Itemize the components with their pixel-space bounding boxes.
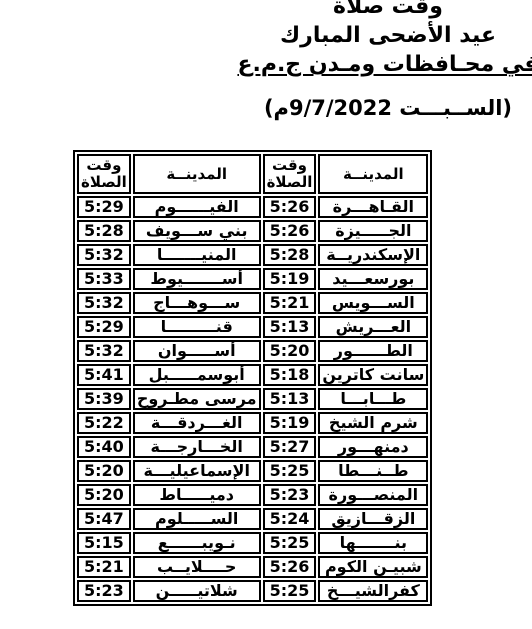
city-cell: كفرالشيـــخ (318, 580, 428, 602)
time-cell: 5:19 (263, 412, 317, 434)
city-cell: أســـــوان (133, 340, 261, 362)
city-cell: المنصـــورة (318, 484, 428, 506)
time-cell: 5:39 (77, 388, 131, 410)
document-title: وقت صلاة عيد الأضحى المبارك في محـافظات … (236, 0, 532, 79)
time-cell: 5:24 (263, 508, 317, 530)
time-cell: 5:20 (263, 340, 317, 362)
time-cell: 5:13 (263, 316, 317, 338)
time-cell: 5:23 (263, 484, 317, 506)
city-cell: نـويبــــــع (133, 532, 261, 554)
header-time-cell: وقت الصلاة (263, 154, 317, 194)
header-city-cell: المدينــة (133, 154, 261, 194)
table-row: الســـويس 5:21 ســـوهـــاج 5:32 (77, 292, 428, 314)
city-cell: الإسكندريــة (318, 244, 428, 266)
table-row: بنـــــــها 5:25 نـويبــــــع 5:15 (77, 532, 428, 554)
city-cell: مرسى مطـروح (133, 388, 261, 410)
city-cell: شبيـن الكوم (318, 556, 428, 578)
time-cell: 5:13 (263, 388, 317, 410)
city-cell: الطــــــور (318, 340, 428, 362)
city-cell: الزقـــازيق (318, 508, 428, 530)
header-city-cell: المدينــة (318, 154, 428, 194)
table-row: شرم الشيخ 5:19 الغـــردقـــة 5:22 (77, 412, 428, 434)
city-cell: طــنـــطا (318, 460, 428, 482)
time-cell: 5:32 (77, 340, 131, 362)
title-line-2: عيد الأضحى المبارك (236, 21, 532, 50)
city-cell: شلاتيـــــن (133, 580, 261, 602)
time-cell: 5:41 (77, 364, 131, 386)
city-cell: بورسعـــيد (318, 268, 428, 290)
city-cell: دميـــــاط (133, 484, 261, 506)
time-cell: 5:23 (77, 580, 131, 602)
time-cell: 5:47 (77, 508, 131, 530)
time-cell: 5:26 (263, 556, 317, 578)
time-cell: 5:32 (77, 292, 131, 314)
time-cell: 5:21 (263, 292, 317, 314)
time-cell: 5:22 (77, 412, 131, 434)
city-cell: الإسماعيليـــة (133, 460, 261, 482)
table-row: الجـــــيزة 5:26 بني ســـويف 5:28 (77, 220, 428, 242)
time-cell: 5:33 (77, 268, 131, 290)
time-cell: 5:25 (263, 580, 317, 602)
table-row: المنصـــورة 5:23 دميـــــاط 5:20 (77, 484, 428, 506)
prayer-times-table: المدينــة وقت الصلاة المدينــة وقت الصلا… (73, 150, 432, 606)
table-row: شبيـن الكوم 5:26 حــــلايــب 5:21 (77, 556, 428, 578)
city-cell: أســـــــيوط (133, 268, 261, 290)
city-cell: الجـــــيزة (318, 220, 428, 242)
time-cell: 5:25 (263, 532, 317, 554)
city-cell: القـاهـــرة (318, 196, 428, 218)
title-line-1: وقت صلاة (236, 0, 532, 21)
time-cell: 5:28 (263, 244, 317, 266)
table-row: دمنهـــور 5:27 الخـــارجـــة 5:40 (77, 436, 428, 458)
time-cell: 5:19 (263, 268, 317, 290)
city-cell: بني ســـويف (133, 220, 261, 242)
table-row: الطــــــور 5:20 أســـــوان 5:32 (77, 340, 428, 362)
table-row: الإسكندريــة 5:28 المنيـــــــا 5:32 (77, 244, 428, 266)
city-cell: الفيــــــوم (133, 196, 261, 218)
city-cell: الغـــردقـــة (133, 412, 261, 434)
title-line-3: في محـافظات ومـدن ج.م.ع (236, 50, 532, 79)
document-page: وقت صلاة عيد الأضحى المبارك في محـافظات … (0, 0, 532, 629)
time-cell: 5:28 (77, 220, 131, 242)
time-cell: 5:40 (77, 436, 131, 458)
city-cell: الســـويس (318, 292, 428, 314)
city-cell: أبوسمـــــبل (133, 364, 261, 386)
city-cell: المنيـــــــا (133, 244, 261, 266)
table-row: طــنـــطا 5:25 الإسماعيليـــة 5:20 (77, 460, 428, 482)
table-row: طـــابـــا 5:13 مرسى مطـروح 5:39 (77, 388, 428, 410)
table-row: القـاهـــرة 5:26 الفيــــــوم 5:29 (77, 196, 428, 218)
header-time-cell: وقت الصلاة (77, 154, 131, 194)
time-cell: 5:27 (263, 436, 317, 458)
time-cell: 5:29 (77, 316, 131, 338)
city-cell: بنـــــــها (318, 532, 428, 554)
time-cell: 5:20 (77, 460, 131, 482)
city-cell: الســـــلوم (133, 508, 261, 530)
city-cell: قنـــــــــا (133, 316, 261, 338)
table-row: سانت كاترين 5:18 أبوسمـــــبل 5:41 (77, 364, 428, 386)
time-cell: 5:29 (77, 196, 131, 218)
city-cell: طـــابـــا (318, 388, 428, 410)
time-cell: 5:32 (77, 244, 131, 266)
city-cell: حــــلايــب (133, 556, 261, 578)
time-cell: 5:15 (77, 532, 131, 554)
city-cell: العـــريش (318, 316, 428, 338)
city-cell: دمنهـــور (318, 436, 428, 458)
time-cell: 5:20 (77, 484, 131, 506)
table-row: بورسعـــيد 5:19 أســـــــيوط 5:33 (77, 268, 428, 290)
date-line: (الســبـــت 9/7/2022م) (236, 93, 532, 123)
city-cell: الخـــارجـــة (133, 436, 261, 458)
time-cell: 5:25 (263, 460, 317, 482)
time-cell: 5:18 (263, 364, 317, 386)
table-row: العـــريش 5:13 قنـــــــــا 5:29 (77, 316, 428, 338)
city-cell: شرم الشيخ (318, 412, 428, 434)
time-cell: 5:26 (263, 220, 317, 242)
time-cell: 5:26 (263, 196, 317, 218)
table-row: الزقـــازيق 5:24 الســـــلوم 5:47 (77, 508, 428, 530)
city-cell: ســـوهـــاج (133, 292, 261, 314)
time-cell: 5:21 (77, 556, 131, 578)
table-header-row: المدينــة وقت الصلاة المدينــة وقت الصلا… (77, 154, 428, 194)
table-row: كفرالشيـــخ 5:25 شلاتيـــــن 5:23 (77, 580, 428, 602)
city-cell: سانت كاترين (318, 364, 428, 386)
